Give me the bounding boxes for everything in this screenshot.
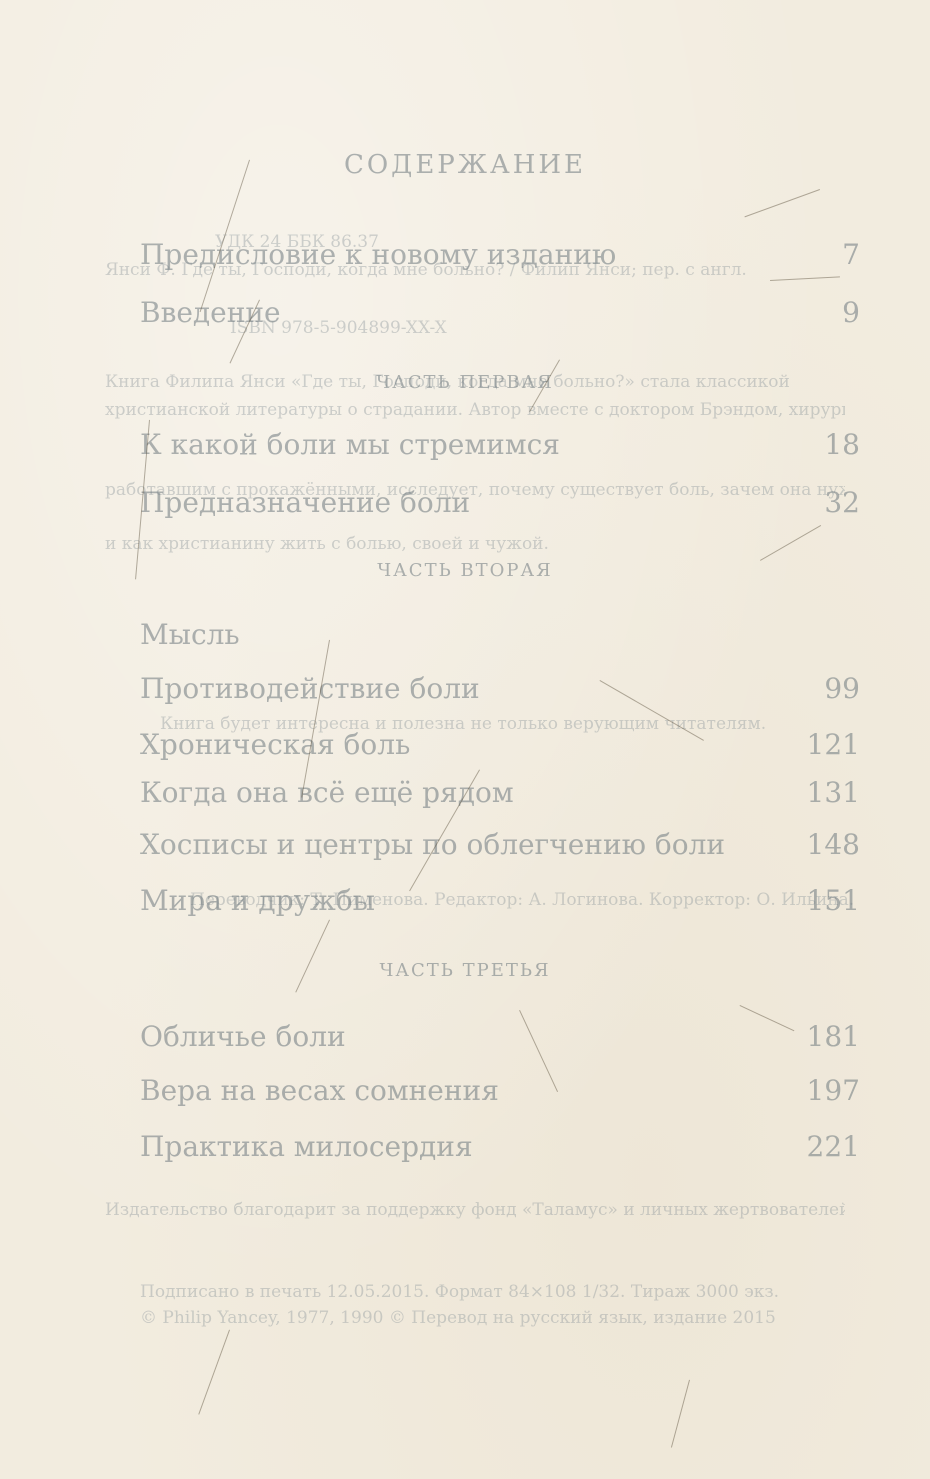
fiber — [671, 1380, 690, 1448]
fiber — [135, 420, 150, 579]
fiber — [740, 1005, 795, 1031]
fiber — [230, 300, 260, 364]
fiber — [409, 770, 480, 892]
fiber — [744, 189, 820, 217]
fiber — [760, 525, 821, 561]
fiber — [519, 1010, 558, 1092]
fiber — [770, 276, 840, 281]
fiber — [295, 920, 330, 993]
fiber — [600, 680, 704, 741]
fiber — [301, 640, 330, 798]
fiber — [200, 160, 250, 312]
fiber — [198, 1330, 230, 1415]
fiber — [529, 360, 560, 412]
paper-fibers — [0, 0, 930, 1479]
